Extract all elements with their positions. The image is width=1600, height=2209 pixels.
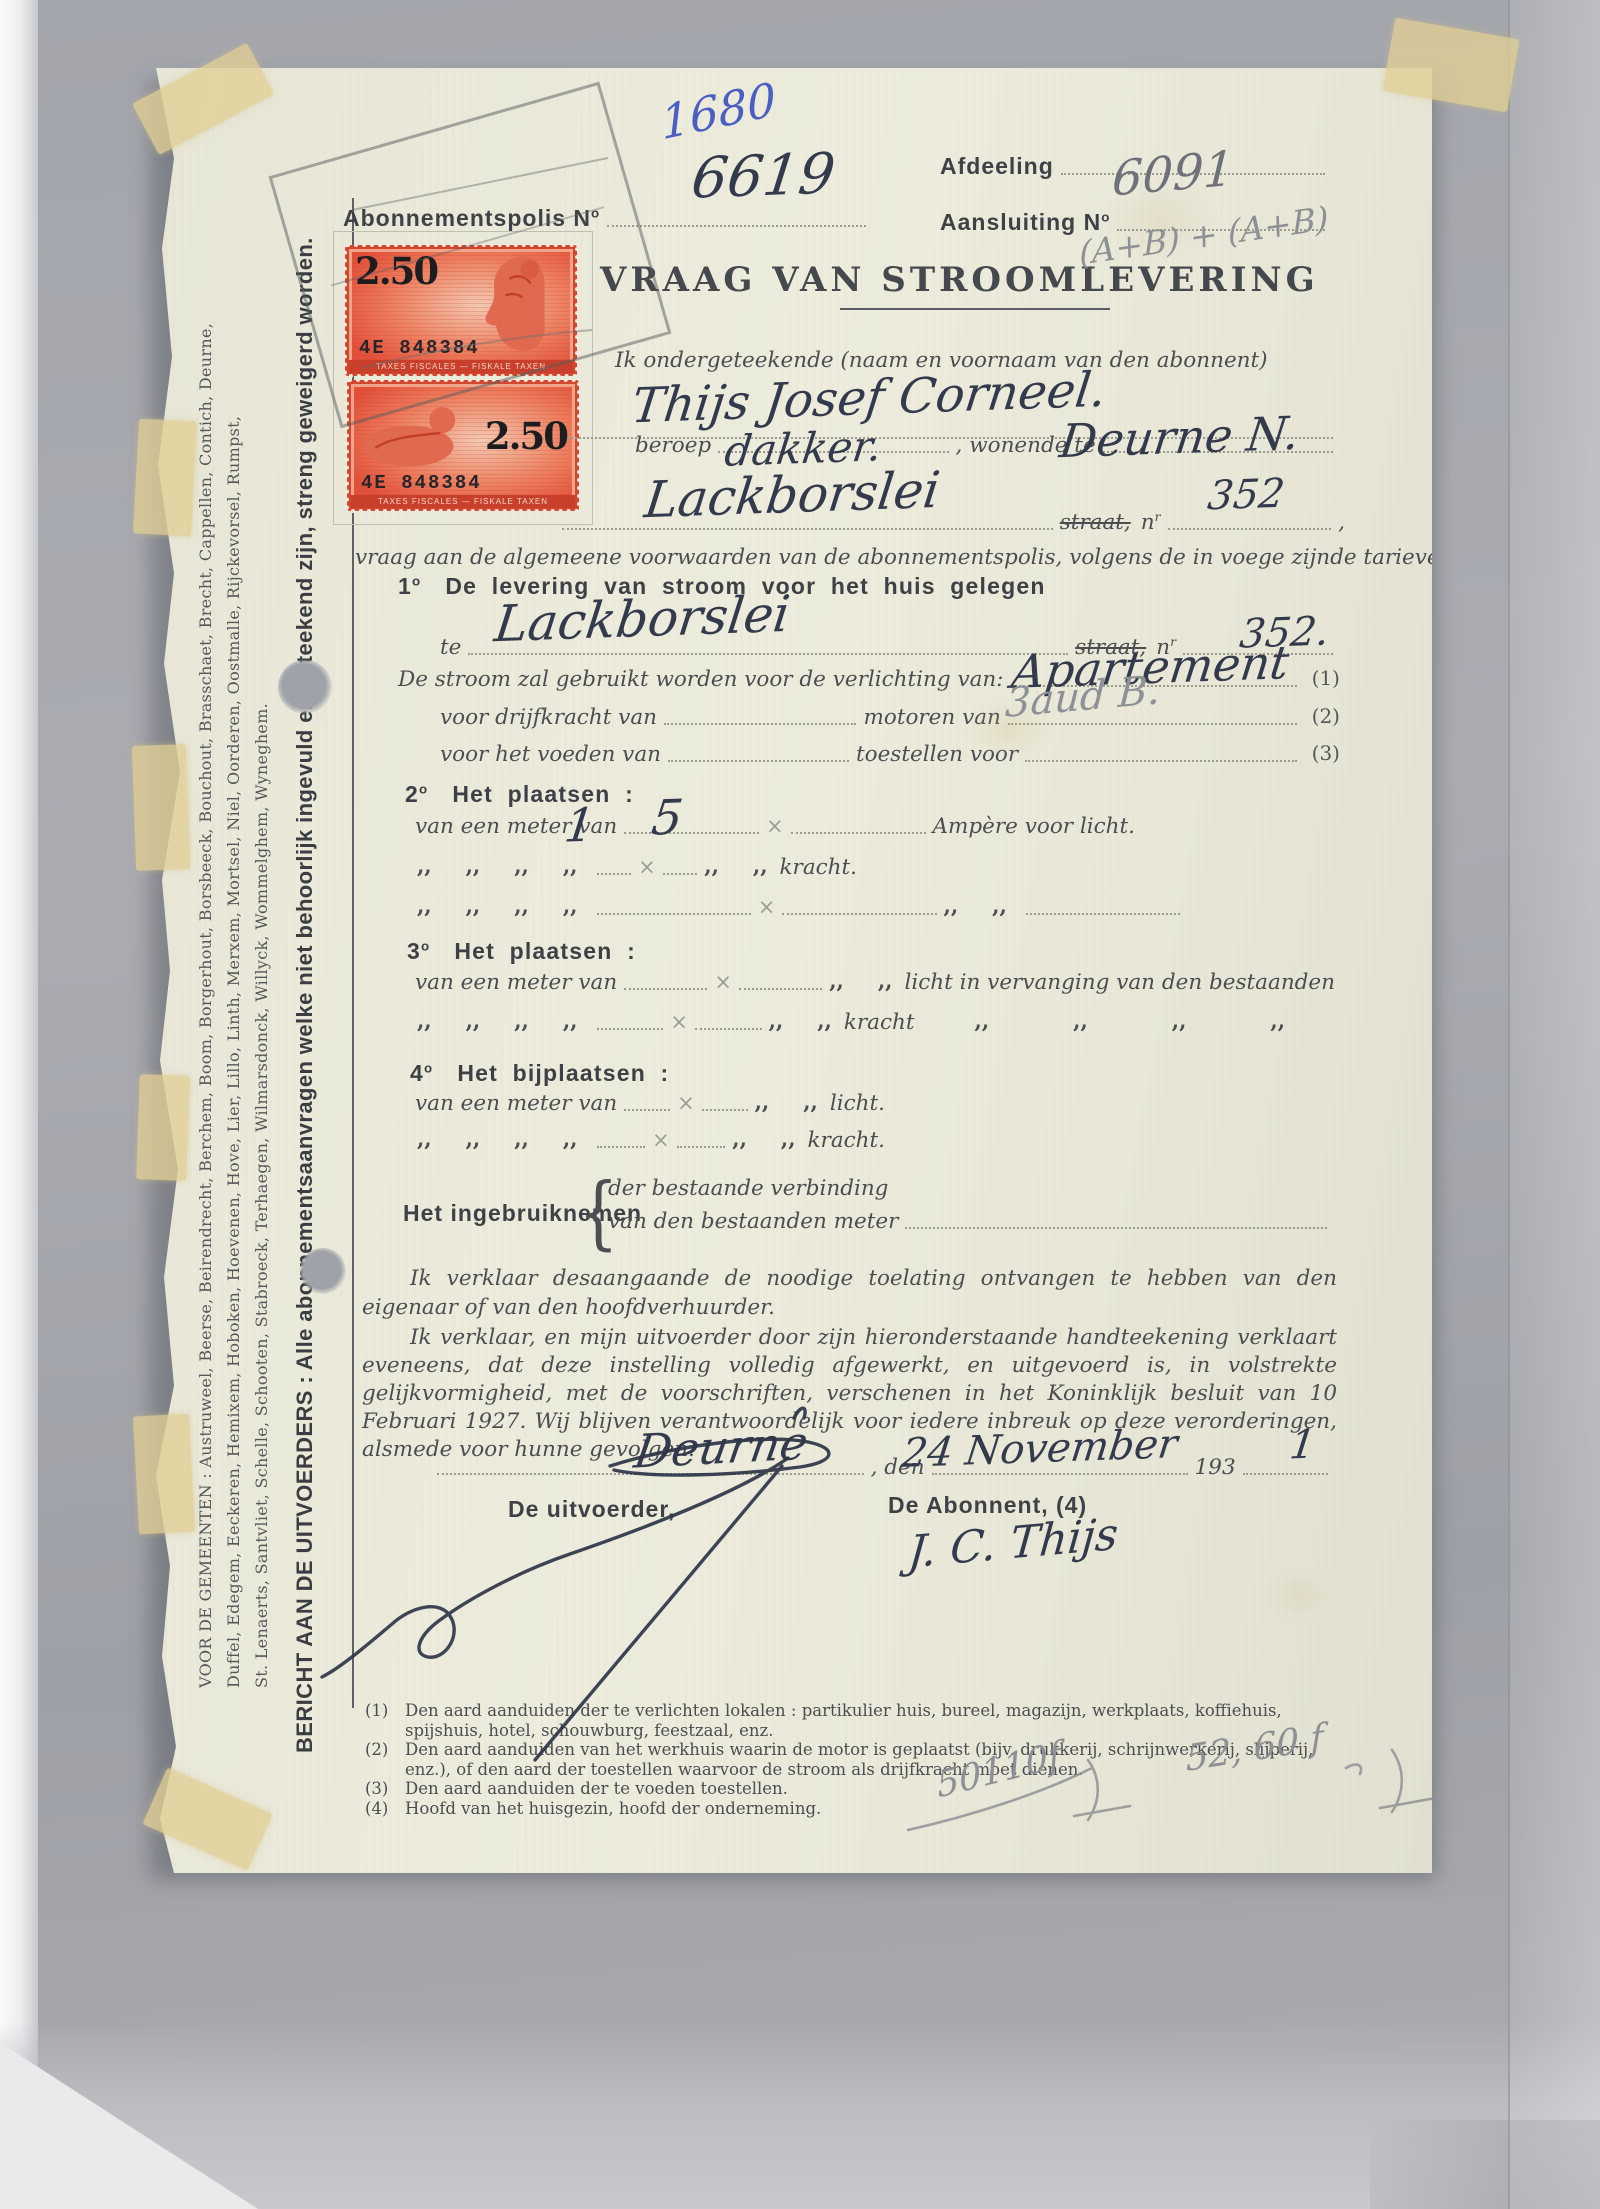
multiply-mark: ×: [677, 1091, 695, 1115]
document-title: VRAAG VAN STROOMLEVERING: [600, 260, 1280, 300]
cancellation-stamp-mark: [269, 82, 672, 429]
section-3-title: 3oHet plaatsen :: [407, 938, 636, 965]
album-edge-left: [0, 0, 38, 2209]
ditto-marks: ,,,,: [944, 893, 1007, 918]
street-value: Lackborslei: [642, 461, 944, 530]
stamp-bottom-band: TAXES FISCALES — FISKALE TAXEN: [351, 495, 575, 508]
tariff-line: vraag aan de algemeene voorwaarden van d…: [355, 545, 1468, 570]
verlichting-label: De stroom zal gebruikt worden voor de ve…: [398, 667, 1004, 692]
multiply-mark: ×: [758, 895, 776, 919]
street-comma: ,: [1338, 510, 1345, 535]
s2-line-2a: [597, 873, 632, 875]
stamp-bottom-value: 2.50: [485, 414, 567, 458]
s4-kracht-suffix: kracht.: [808, 1128, 886, 1153]
abonnent-signature: J. C. Thijs: [906, 1509, 1120, 1579]
te-line: [468, 653, 1068, 655]
voeden-row: voor het voeden van toestellen voor (3): [440, 741, 1340, 767]
s2-kracht-suffix: kracht.: [780, 855, 858, 880]
blue-handwritten-number: 1680: [659, 72, 777, 151]
ingebruik-line-1: der bestaande verbinding: [608, 1176, 888, 1201]
toestellen-line: [1025, 760, 1296, 762]
sleeve-edge-right: [1508, 0, 1600, 2209]
place-value: Deurne: [631, 1415, 812, 1479]
multiply-mark: ×: [766, 814, 784, 838]
motoren-label: motoren van: [863, 705, 1000, 730]
s2-row-3: ,,,,,,,, × ,,,,: [417, 894, 1187, 920]
declaration-paragraph-1: Ik verklaar desaangaande de noodige toel…: [362, 1264, 1337, 1322]
motoren-line: [1008, 723, 1297, 725]
voeden-label: voor het voeden van: [440, 742, 661, 767]
toestellen-label: toestellen voor: [856, 742, 1018, 767]
ref-3: (3): [1312, 741, 1340, 765]
document-paper: VOOR DE GEMEENTEN : Austruweel, Beerse, …: [140, 68, 1432, 1873]
year-printed: 193: [1195, 1455, 1236, 1480]
footnote-3-num: (3): [365, 1779, 405, 1799]
s4-line-2b: [677, 1146, 726, 1148]
album-page: VOOR DE GEMEENTEN : Austruweel, Beerse, …: [0, 0, 1600, 2209]
paper-hole: [300, 1248, 346, 1294]
s2-meter-value-1: 1: [562, 797, 598, 852]
date-value: 24 November: [899, 1421, 1180, 1477]
footnote-3: (3)Den aard aanduiden der te voeden toes…: [365, 1779, 1350, 1799]
nr-line: [1168, 528, 1332, 530]
multiply-mark: ×: [652, 1128, 670, 1152]
s4-line-1b: [702, 1109, 748, 1111]
s4-licht-suffix: licht.: [830, 1091, 885, 1116]
s2-line-3a: [597, 913, 751, 915]
s4-row-1: van een meter van × ,,,, licht.: [415, 1090, 885, 1116]
paper-stain: [1260, 1568, 1340, 1623]
street-line: [562, 528, 1053, 530]
ref-2: (2): [1312, 704, 1340, 728]
sidebar-municipalities-3: St. Lenaerts, Santvliet, Schelle, Schoot…: [252, 98, 278, 1688]
s3-row-1: van een meter van × ,,,, licht in vervan…: [415, 969, 1335, 995]
s3-licht-suffix: licht in vervanging van den bestaanden: [905, 970, 1336, 995]
afdeeling-label: Afdeeling: [940, 153, 1054, 180]
album-bottom-area: [0, 2020, 1600, 2209]
date-row: , den 193: [430, 1454, 1335, 1480]
multiply-mark: ×: [638, 855, 656, 879]
ditto-marks: ,,,,,,,,: [417, 853, 578, 878]
ditto-marks: ,,,,,,,,: [417, 893, 578, 918]
year-line: [1243, 1473, 1328, 1475]
sidebar-municipalities-1: VOOR DE GEMEENTEN : Austruweel, Beerse, …: [196, 108, 222, 1688]
footnote-4-text: Hoofd van het huisgezin, hoofd der onder…: [405, 1799, 1350, 1819]
tape-patch-left: [136, 1074, 190, 1181]
s3-line-1b: [739, 988, 822, 990]
drijfkracht-row: voor drijfkracht van motoren van (2): [440, 704, 1340, 730]
uitvoerder-label: De uitvoerder,: [508, 1496, 675, 1523]
s2-line-2b: [663, 873, 698, 875]
drijfkracht-label: voor drijfkracht van: [440, 705, 657, 730]
section-2-title: 2oHet plaatsen :: [405, 781, 634, 808]
footnote-3-text: Den aard aanduiden der te voeden toestel…: [405, 1779, 1350, 1799]
sidebar-notice-vertical: BERICHT AAN DE UITVOERDERS : Alle abonne…: [292, 188, 332, 1753]
straat-label: straat,: [1060, 510, 1131, 535]
policy-number-value: 6619: [688, 141, 838, 211]
ditto-marks: ,,,,,,,,: [417, 1126, 578, 1151]
footnote-1-num: (1): [365, 1701, 405, 1740]
s3-meter-label: van een meter van: [415, 970, 617, 995]
s2-line-3c: [1026, 913, 1180, 915]
s2-line-3b: [782, 913, 936, 915]
drijfkracht-line: [664, 723, 857, 725]
s3-kracht-suffix: kracht: [844, 1010, 915, 1035]
ref-1: (1): [1312, 666, 1340, 690]
s2-line-1b: [791, 832, 926, 834]
paper-hole: [278, 660, 332, 714]
s4-meter-label: van een meter van: [415, 1091, 617, 1116]
voeden-line: [668, 760, 849, 762]
nr-value: 352: [1205, 471, 1287, 520]
wonende-value: Deurne N.: [1057, 406, 1303, 469]
ingebruik-line-2: van den bestaanden meter: [608, 1209, 898, 1234]
aansluiting-value: 6091: [1111, 140, 1236, 207]
stamp-bottom-serial: 4E 848384: [361, 472, 482, 494]
s2-line-1a: [624, 832, 759, 834]
s4-line-2a: [597, 1146, 646, 1148]
s2-row-1: van een meter van × Ampère voor licht.: [415, 813, 1135, 839]
footnote-4-num: (4): [365, 1799, 405, 1819]
ditto-marks: ,,,,,,,,: [975, 1008, 1286, 1033]
nr-label: nr: [1141, 509, 1161, 535]
ditto-marks: ,,,,: [829, 968, 892, 993]
policy-number-line: [607, 225, 866, 227]
tape-patch-left: [132, 744, 190, 871]
ditto-marks: ,,,,: [755, 1089, 818, 1114]
ditto-marks: ,,,,,,,,: [417, 1008, 578, 1033]
s3-line-2a: [597, 1028, 664, 1030]
tape-patch-left: [133, 1414, 195, 1535]
ditto-marks: ,,,,: [769, 1008, 832, 1033]
te-label: te: [440, 635, 461, 660]
beroep-label: beroep: [635, 433, 711, 458]
s4-line-1a: [624, 1109, 670, 1111]
s3-line-2b: [695, 1028, 762, 1030]
multiply-mark: ×: [670, 1010, 688, 1034]
footnote-2-num: (2): [365, 1740, 405, 1779]
title-underline-rule: [840, 308, 1110, 314]
ingebruik-row-2: van den bestaanden meter: [608, 1208, 1334, 1234]
sidebar-municipalities-2: Duffel, Edegem, Eeckeren, Hemixem, Hobok…: [224, 98, 250, 1688]
s3-row-2: ,,,,,,,, × ,,,, kracht ,,,,,,,,: [417, 1009, 1297, 1035]
section-4-title: 4oHet bijplaatsen :: [410, 1060, 669, 1087]
multiply-mark: ×: [714, 970, 732, 994]
ingebruik-line: [905, 1227, 1327, 1229]
tape-patch-left: [133, 419, 197, 537]
ditto-marks: ,,,,: [732, 1126, 795, 1151]
footnote-4: (4)Hoofd van het huisgezin, hoofd der on…: [365, 1799, 1350, 1819]
ditto-marks: ,,,,: [704, 853, 767, 878]
s3-line-1a: [624, 988, 707, 990]
s2-row-2: ,,,,,,,, × ,,,, kracht.: [417, 854, 857, 880]
s1-te-value: Lackborslei: [492, 585, 794, 654]
s4-row-2: ,,,,,,,, × ,,,, kracht.: [417, 1127, 885, 1153]
declaration-paragraph-2: Ik verklaar, en mijn uitvoerder door zij…: [362, 1324, 1337, 1464]
footnote-1: (1)Den aard aanduiden der te verlichten …: [365, 1701, 1350, 1740]
s2-ampere-suffix: Ampère voor licht.: [933, 814, 1136, 839]
